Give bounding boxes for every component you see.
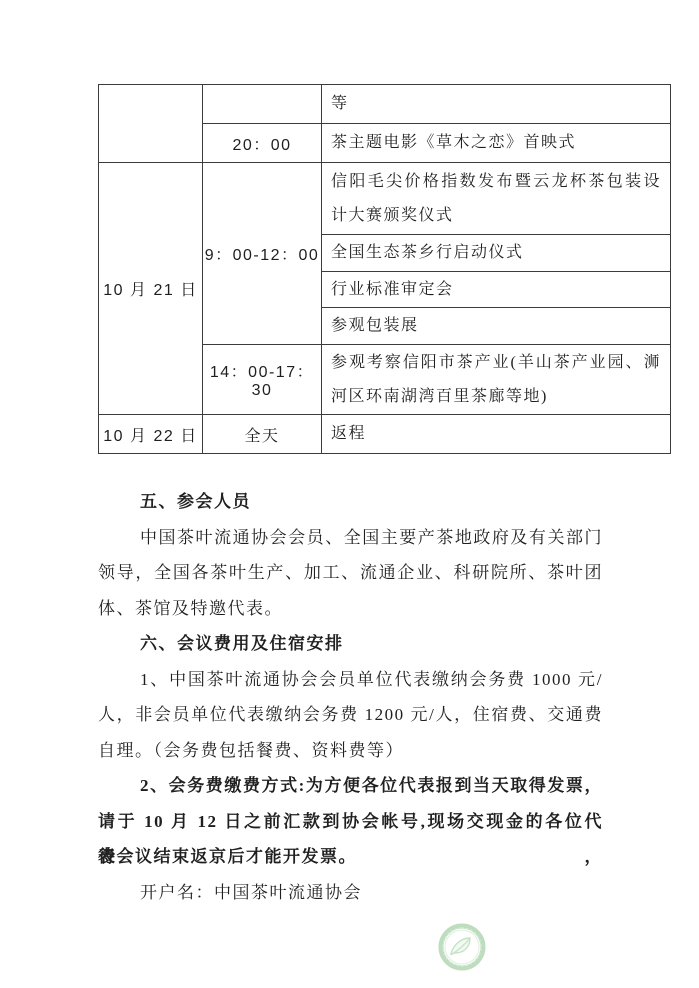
activity-cell-standard: 行业标准审定会	[322, 272, 671, 308]
activity-cell-return: 返程	[322, 415, 671, 454]
table-row: 等	[99, 85, 671, 124]
section-five-heading: 五、参会人员	[98, 484, 603, 520]
paragraph-line: 领导，全国各茶叶生产、加工、流通企业、科研院所、茶叶团	[98, 555, 603, 591]
body-text: 五、参会人员 中国茶叶流通协会会员、全国主要产茶地政府及有关部门 领导，全国各茶…	[98, 484, 603, 910]
date-cell-oct21: 10 月 21 日	[99, 163, 203, 415]
document-page: 等 20：00 茶主题电影《草木之恋》首映式 10 月 21 日 9：00-12…	[0, 0, 699, 988]
time-cell-morning: 9：00-12：00	[203, 163, 322, 345]
time-cell-allday: 全天	[203, 415, 322, 454]
table-row: 10 月 21 日 9：00-12：00 信阳毛尖价格指数发布暨云龙杯茶包装设计…	[99, 163, 671, 235]
table-row: 10 月 22 日 全天 返程	[99, 415, 671, 454]
paragraph-line: 人，非会员单位代表缴纳会务费 1200 元/人，住宿费、交通费	[98, 697, 603, 733]
time-cell-blank	[203, 85, 322, 124]
paragraph-line: 自理。（会务费包括餐费、资料费等）	[98, 733, 603, 769]
activity-cell-etc: 等	[322, 85, 671, 124]
date-cell-oct20	[99, 85, 203, 163]
activity-cell-price-index: 信阳毛尖价格指数发布暨云龙杯茶包装设计大赛颁奖仪式	[322, 163, 671, 235]
schedule-table: 等 20：00 茶主题电影《草木之恋》首映式 10 月 21 日 9：00-12…	[98, 84, 671, 454]
paragraph-line: 1、中国茶叶流通协会会员单位代表缴纳会务费 1000 元/	[98, 662, 603, 698]
activity-cell-movie: 茶主题电影《草木之恋》首映式	[322, 124, 671, 163]
activity-cell-packaging: 参观包装展	[322, 308, 671, 345]
paragraph-line: 请于 10 月 12 日之前汇款到协会帐号,现场交现金的各位代表，	[98, 804, 603, 840]
tea-leaf-watermark-icon	[437, 921, 487, 973]
date-cell-oct22: 10 月 22 日	[99, 415, 203, 454]
account-name-line: 开户名：中国茶叶流通协会	[98, 875, 603, 911]
activity-cell-tour: 参观考察信阳市茶产业(羊山茶产业园、浉河区环南湖湾百里茶廊等地)	[322, 345, 671, 415]
paragraph-line: 中国茶叶流通协会会员、全国主要产茶地政府及有关部门	[98, 520, 603, 556]
activity-cell-eco-tea: 全国生态茶乡行启动仪式	[322, 235, 671, 272]
paragraph-line: 2、会务费缴费方式:为方便各位代表报到当天取得发票，	[98, 768, 603, 804]
section-six-heading: 六、会议费用及住宿安排	[98, 626, 603, 662]
paragraph-line: 体、茶馆及特邀代表。	[98, 591, 603, 627]
time-cell-evening: 20：00	[203, 124, 322, 163]
time-cell-afternoon: 14：00-17：30	[203, 345, 322, 415]
